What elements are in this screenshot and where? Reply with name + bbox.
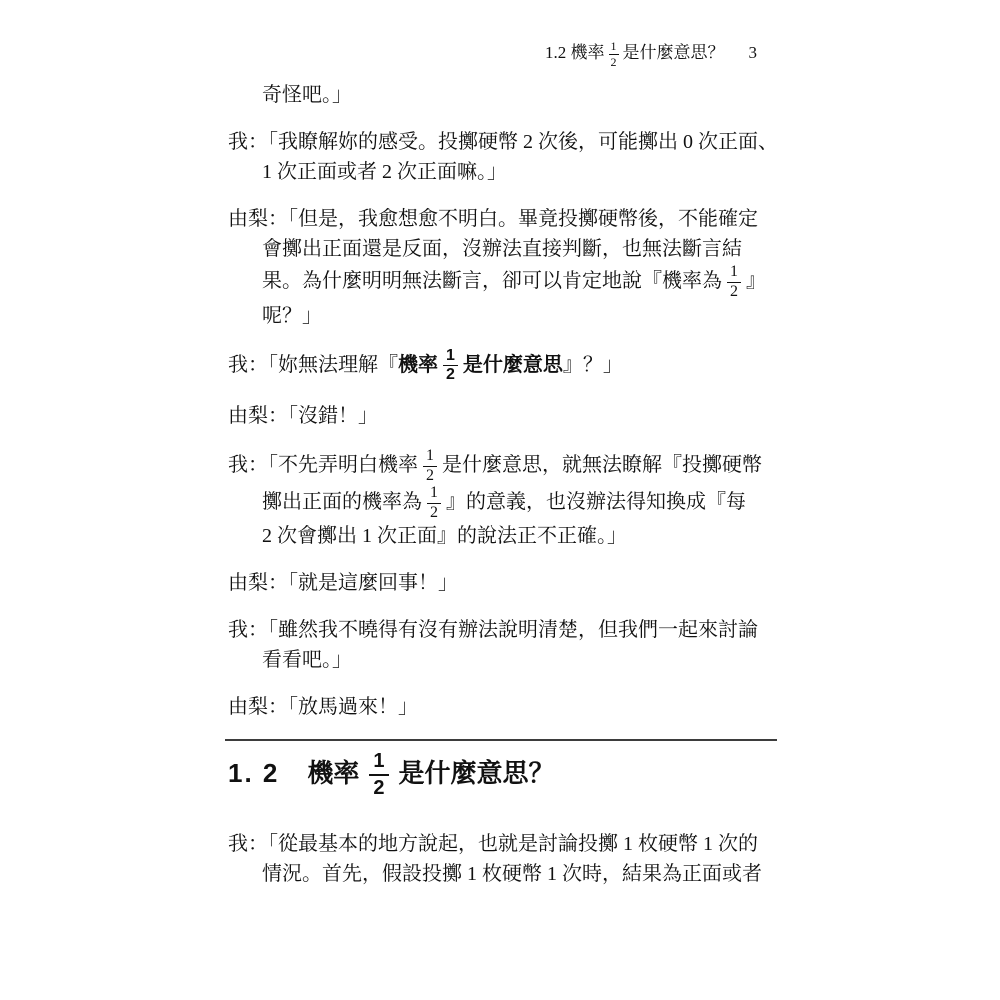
dialogue-paragraph: 我：「從最基本的地方說起，也就是討論投擲 1 枚硬幣 1 次的情況。首先，假設投… (228, 829, 803, 889)
fraction-denominator: 2 (423, 466, 437, 485)
dialogue-paragraph: 我：「妳無法理解『機率12是什麼意思』？」 (228, 348, 803, 385)
text-run: 看看吧。」 (262, 649, 352, 671)
dialogue-line: 我：「從最基本的地方說起，也就是討論投擲 1 枚硬幣 1 次的 (228, 829, 803, 859)
dialogue-paragraph: 由梨：「就是這麼回事！」 (228, 568, 803, 598)
section-heading-block: 1. 2機率12是什麼意思？ (228, 739, 803, 799)
dialogue-line: 情況。首先，假設投擲 1 枚硬幣 1 次時，結果為正面或者 (262, 859, 803, 889)
text-run: 』？」 (563, 353, 623, 375)
dialogue-line: 我：「我瞭解妳的感受。投擲硬幣 2 次後，可能擲出 0 次正面、 (228, 127, 803, 157)
speaker-label: 我： (228, 353, 268, 375)
page-body: 奇怪吧。」我：「我瞭解妳的感受。投擲硬幣 2 次後，可能擲出 0 次正面、1 次… (228, 80, 803, 906)
dialogue-line: 由梨：「沒錯！」 (228, 401, 803, 431)
text-run: 「我瞭解妳的感受。投擲硬幣 2 次後，可能擲出 0 次正面、 (268, 131, 778, 153)
running-header: 1.2 機率12是什麼意思？3 (0, 40, 757, 68)
text-run: 「放馬過來！」 (288, 696, 418, 718)
dialogue-line: 2 次會擲出 1 次正面』的說法正不正確。」 (262, 521, 803, 551)
dialogue-paragraph: 我：「我瞭解妳的感受。投擲硬幣 2 次後，可能擲出 0 次正面、1 次正面或者 … (228, 127, 803, 187)
fraction: 12 (443, 348, 458, 385)
text-run: 會擲出正面還是反面，沒辦法直接判斷，也無法斷言結 (262, 238, 742, 260)
speaker-label: 我： (228, 131, 268, 153)
dialogue-paragraph: 奇怪吧。」 (228, 80, 803, 110)
dialogue-line: 果。為什麼明明無法斷言，卻可以肯定地說『機率為12』 (262, 264, 803, 301)
speaker-label: 我： (228, 833, 268, 855)
section-heading: 1. 2機率12是什麼意思？ (228, 747, 803, 799)
dialogue-paragraph: 我：「不先弄明白機率12是什麼意思，就無法瞭解『投擲硬幣擲出正面的機率為12』的… (228, 448, 803, 551)
fraction: 12 (423, 448, 437, 485)
dialogue-line: 1 次正面或者 2 次正面嘛。」 (262, 157, 803, 187)
dialogue-line: 我：「雖然我不曉得有沒有辦法說明清楚，但我們一起來討論 (228, 615, 803, 645)
section-divider (225, 739, 777, 741)
dialogue-line: 看看吧。」 (262, 645, 803, 675)
text-run: 「但是，我愈想愈不明白。畢竟投擲硬幣後，不能確定 (288, 208, 758, 230)
dialogue-line: 會擲出正面還是反面，沒辦法直接判斷，也無法斷言結 (262, 234, 803, 264)
fraction: 12 (427, 485, 441, 522)
text-run: 奇怪吧。」 (262, 84, 352, 106)
emphasis-run: 機率 (398, 353, 438, 375)
text-run: 「妳無法理解『 (268, 353, 398, 375)
text-run: 「不先弄明白機率 (268, 454, 418, 476)
text-run: 情況。首先，假設投擲 1 枚硬幣 1 次時，結果為正面或者 (262, 863, 762, 885)
book-page: 1.2 機率12是什麼意思？3 奇怪吧。」我：「我瞭解妳的感受。投擲硬幣 2 次… (0, 0, 1000, 1000)
text-run: 呢？」 (262, 305, 322, 327)
page-number: 3 (749, 43, 758, 62)
fraction-denominator: 2 (369, 774, 388, 799)
dialogue-line: 奇怪吧。」 (262, 80, 803, 110)
speaker-label: 我： (228, 619, 268, 641)
fraction-denominator: 2 (609, 54, 619, 69)
text-run: 1.2 機率 (545, 43, 605, 62)
dialogue-paragraph: 我：「雖然我不曉得有沒有辦法說明清楚，但我們一起來討論看看吧。」 (228, 615, 803, 675)
speaker-label: 由梨： (228, 405, 288, 427)
text-run: 「雖然我不曉得有沒有辦法說明清楚，但我們一起來討論 (268, 619, 758, 641)
dialogue-paragraph: 由梨：「沒錯！」 (228, 401, 803, 431)
text-run: 機率 (307, 758, 359, 788)
dialogue-paragraph: 由梨：「放馬過來！」 (228, 692, 803, 722)
text-run: 』的意義，也沒辦法得知換成『每 (446, 491, 746, 513)
dialogue-line: 呢？」 (262, 301, 803, 331)
text-run: 』 (746, 270, 766, 292)
text-run: 是什麼意思，就無法瞭解『投擲硬幣 (442, 454, 762, 476)
dialogue-line: 我：「不先弄明白機率12是什麼意思，就無法瞭解『投擲硬幣 (228, 448, 803, 485)
speaker-label: 由梨： (228, 572, 288, 594)
text-run: 「從最基本的地方說起，也就是討論投擲 1 枚硬幣 1 次的 (268, 833, 758, 855)
fraction: 12 (369, 751, 388, 799)
text-run: 1 次正面或者 2 次正面嘛。」 (262, 161, 507, 183)
fraction-numerator: 1 (427, 485, 441, 503)
dialogue-line: 由梨：「但是，我愈想愈不明白。畢竟投擲硬幣後，不能確定 (228, 204, 803, 234)
fraction-numerator: 1 (727, 264, 741, 282)
fraction-numerator: 1 (609, 40, 619, 54)
fraction-numerator: 1 (443, 348, 458, 366)
speaker-label: 我： (228, 454, 268, 476)
dialogue-line: 由梨：「就是這麼回事！」 (228, 568, 803, 598)
text-run: 是什麼意思？ (399, 758, 555, 788)
fraction: 12 (609, 40, 619, 68)
dialogue-line: 擲出正面的機率為12』的意義，也沒辦法得知換成『每 (262, 485, 803, 522)
fraction-denominator: 2 (727, 282, 741, 301)
fraction-denominator: 2 (443, 365, 458, 384)
text-run: 是什麼意思？ (623, 43, 725, 62)
text-run: 「沒錯！」 (288, 405, 378, 427)
text-run: 「就是這麼回事！」 (288, 572, 458, 594)
fraction-numerator: 1 (423, 448, 437, 466)
fraction: 12 (727, 264, 741, 301)
text-run: 擲出正面的機率為 (262, 491, 422, 513)
dialogue-line: 由梨：「放馬過來！」 (228, 692, 803, 722)
emphasis-run: 是什麼意思 (463, 353, 563, 375)
speaker-label: 由梨： (228, 696, 288, 718)
dialogue-line: 我：「妳無法理解『機率12是什麼意思』？」 (228, 348, 803, 385)
running-header-title: 1.2 機率12是什麼意思？ (545, 43, 725, 62)
text-run: 果。為什麼明明無法斷言，卻可以肯定地說『機率為 (262, 270, 722, 292)
fraction-denominator: 2 (427, 503, 441, 522)
speaker-label: 由梨： (228, 208, 288, 230)
fraction-numerator: 1 (369, 751, 388, 774)
section-number: 1. 2 (228, 758, 279, 788)
dialogue-paragraph: 由梨：「但是，我愈想愈不明白。畢竟投擲硬幣後，不能確定會擲出正面還是反面，沒辦法… (228, 204, 803, 331)
text-run: 2 次會擲出 1 次正面』的說法正不正確。」 (262, 525, 627, 547)
